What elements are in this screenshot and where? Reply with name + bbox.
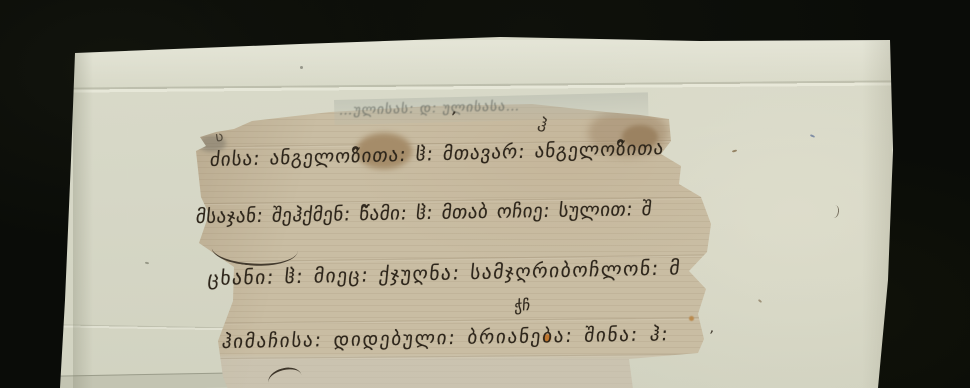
paper-fold-highlight — [74, 38, 892, 88]
fiber-speck — [145, 262, 149, 265]
paper-crease-top — [72, 80, 892, 97]
manuscript-photo: …ულისას: დ: ულისასა… ძისა: ანგელოზ̃ითა: … — [0, 0, 970, 388]
rust-dot-stain — [689, 316, 694, 321]
paper-fold-sliver — [58, 372, 238, 388]
fiber-speck — [732, 149, 737, 152]
fiber-speck — [758, 299, 762, 303]
paper-crease-bottom-left — [62, 324, 242, 333]
subscript-mark: ჭჩ — [514, 296, 531, 315]
faded-handwriting-line: …ულისას: დ: ულისასა… — [338, 98, 521, 118]
paper-left-edge-shadow — [73, 50, 93, 388]
fiber-speck — [300, 66, 303, 69]
pen-arc-mark — [829, 204, 840, 218]
fiber-speck — [810, 134, 815, 138]
paper-right-edge-shadow — [862, 40, 892, 388]
